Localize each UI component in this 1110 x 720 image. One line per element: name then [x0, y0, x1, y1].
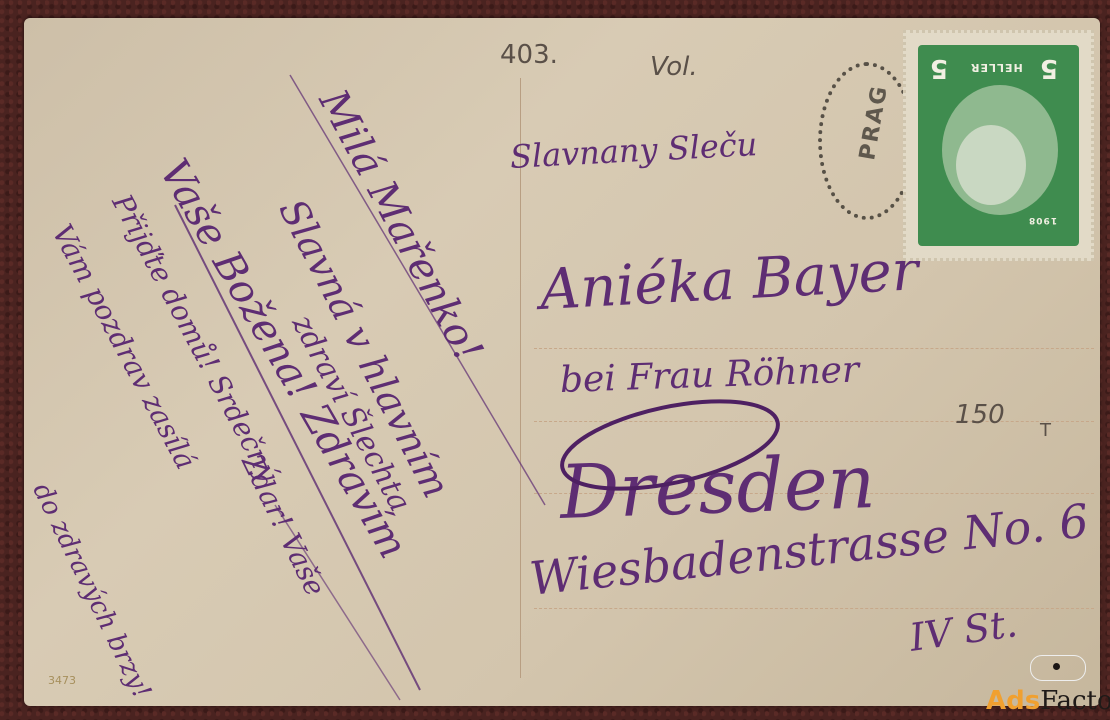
stamp-currency: HELLER — [970, 61, 1023, 74]
watermark-brand-ads: Ads — [986, 686, 1040, 716]
postage-stamp: 5 5 HELLER 1908 — [903, 30, 1094, 261]
stamp-value: 5 — [930, 53, 948, 83]
print-number: 3473 — [48, 674, 76, 687]
watermark-brand-factory: Factory — [1040, 686, 1110, 716]
stamp-face: 5 5 HELLER 1908 — [918, 45, 1079, 246]
stamp-year: 1908 — [1028, 215, 1057, 225]
stamp-value: 5 — [1040, 53, 1058, 83]
watermark-logo: AdsFactory — [986, 686, 1110, 716]
watermark-dot-icon — [1053, 663, 1060, 670]
stamp-portrait-icon — [956, 125, 1026, 205]
